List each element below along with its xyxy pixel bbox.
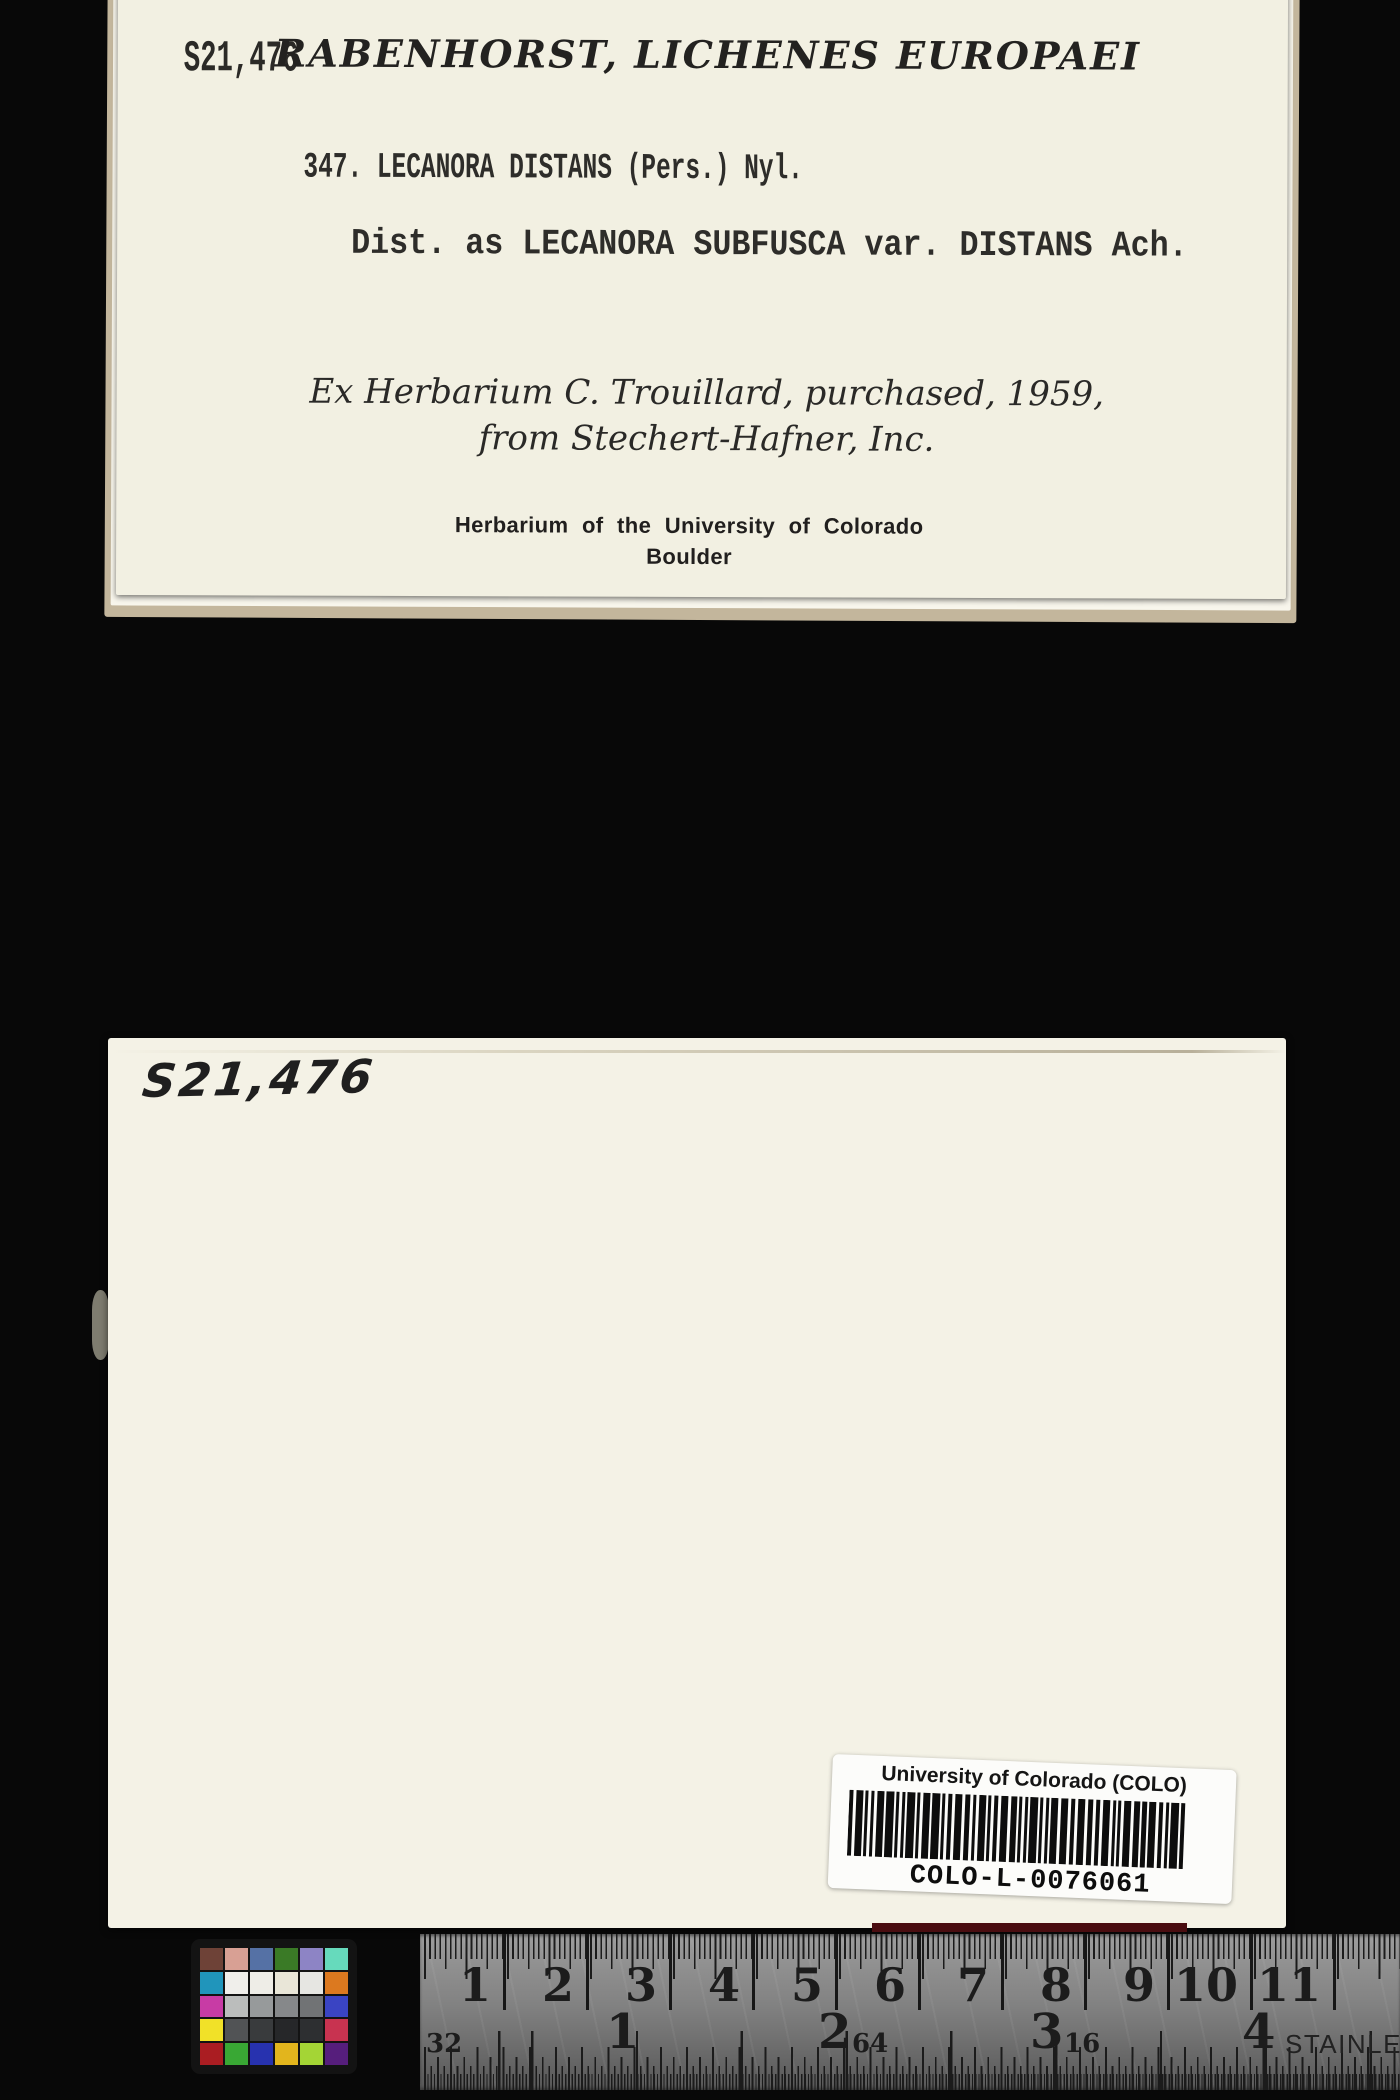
ruler-material-text: STAINLESS STEEL [1285, 2029, 1400, 2060]
color-swatch [300, 1948, 323, 1970]
ruler-bottom-number: 2 [818, 2008, 851, 2056]
red-edge-strip [872, 1923, 1187, 1932]
institution-line-2: Boulder [239, 539, 1139, 573]
barcode [847, 1790, 1217, 1871]
color-swatch [275, 1972, 298, 1994]
color-calibration-chart [191, 1939, 357, 2074]
color-swatch [200, 2043, 223, 2065]
ruler: 1234567891011 3212643164 STAINLESS STEEL [420, 1934, 1400, 2090]
ruler-bottom-number: 1 [606, 2008, 639, 2056]
color-swatch [275, 1996, 298, 2018]
color-swatch [325, 2043, 348, 2065]
color-swatch [325, 1948, 348, 1970]
ruler-bottom-number: 32 [426, 2031, 462, 2057]
color-swatch [250, 1972, 273, 1994]
label-front-stack: S21,476 RABENHORST, LICHENES EUROPAEI 34… [0, 0, 1400, 660]
distribution-line: Dist. as LECANORA SUBFUSCA var. DISTANS … [351, 223, 1188, 267]
institution-line-1: Herbarium of the University of Colorado [239, 508, 1139, 542]
color-swatch [250, 1948, 273, 1970]
color-swatch [300, 1972, 323, 1994]
provenance-block: Ex Herbarium C. Trouillard, purchased, 1… [256, 368, 1156, 463]
paper-edge-flap [92, 1290, 109, 1360]
color-swatch [300, 2043, 323, 2065]
barcode-label: University of Colorado (COLO) COLO-L-007… [828, 1754, 1237, 1904]
color-swatch [325, 2019, 348, 2041]
ruler-bottom-number: 64 [852, 2031, 888, 2057]
color-swatch [275, 1948, 298, 1970]
color-swatch [250, 2043, 273, 2065]
color-swatch [225, 2043, 248, 2065]
color-swatch [250, 2019, 273, 2041]
color-swatch [225, 1948, 248, 1970]
ruler-bottom-number: 16 [1064, 2031, 1100, 2057]
ruler-bottom-number: 4 [1242, 2008, 1275, 2056]
specimen-photo-canvas: S21,476 RABENHORST, LICHENES EUROPAEI 34… [0, 0, 1400, 2100]
color-swatch [225, 2019, 248, 2041]
color-swatch [275, 2019, 298, 2041]
label-back-card: S21,476 University of Colorado (COLO) CO… [108, 1038, 1286, 1928]
exsiccata-title: RABENHORST, LICHENES EUROPAEI [258, 30, 1158, 78]
species-line: 347. LECANORA DISTANS (Pers.) Nyl. [303, 147, 803, 190]
color-swatch [325, 1996, 348, 2018]
accession-handwritten: S21,476 [140, 1049, 379, 1108]
institution-block: Herbarium of the University of Colorado … [239, 508, 1139, 573]
ruler-bottom-scale: 3212643164 [420, 1934, 1400, 2090]
color-swatch [200, 1972, 223, 1994]
color-swatch [200, 2019, 223, 2041]
color-swatch [200, 1996, 223, 2018]
color-swatch [275, 2043, 298, 2065]
color-swatch [250, 1996, 273, 2018]
label-front-card: S21,476 RABENHORST, LICHENES EUROPAEI 34… [116, 0, 1288, 599]
provenance-line-2: from Stechert-Hafner, Inc. [256, 414, 1156, 463]
color-swatch [225, 1972, 248, 1994]
color-swatch [300, 1996, 323, 2018]
color-swatch [325, 1972, 348, 1994]
ruler-bottom-number: 3 [1030, 2008, 1063, 2056]
color-swatch [200, 1948, 223, 1970]
color-swatch [225, 1996, 248, 2018]
provenance-line-1: Ex Herbarium C. Trouillard, purchased, 1… [257, 368, 1157, 417]
color-swatch [300, 2019, 323, 2041]
